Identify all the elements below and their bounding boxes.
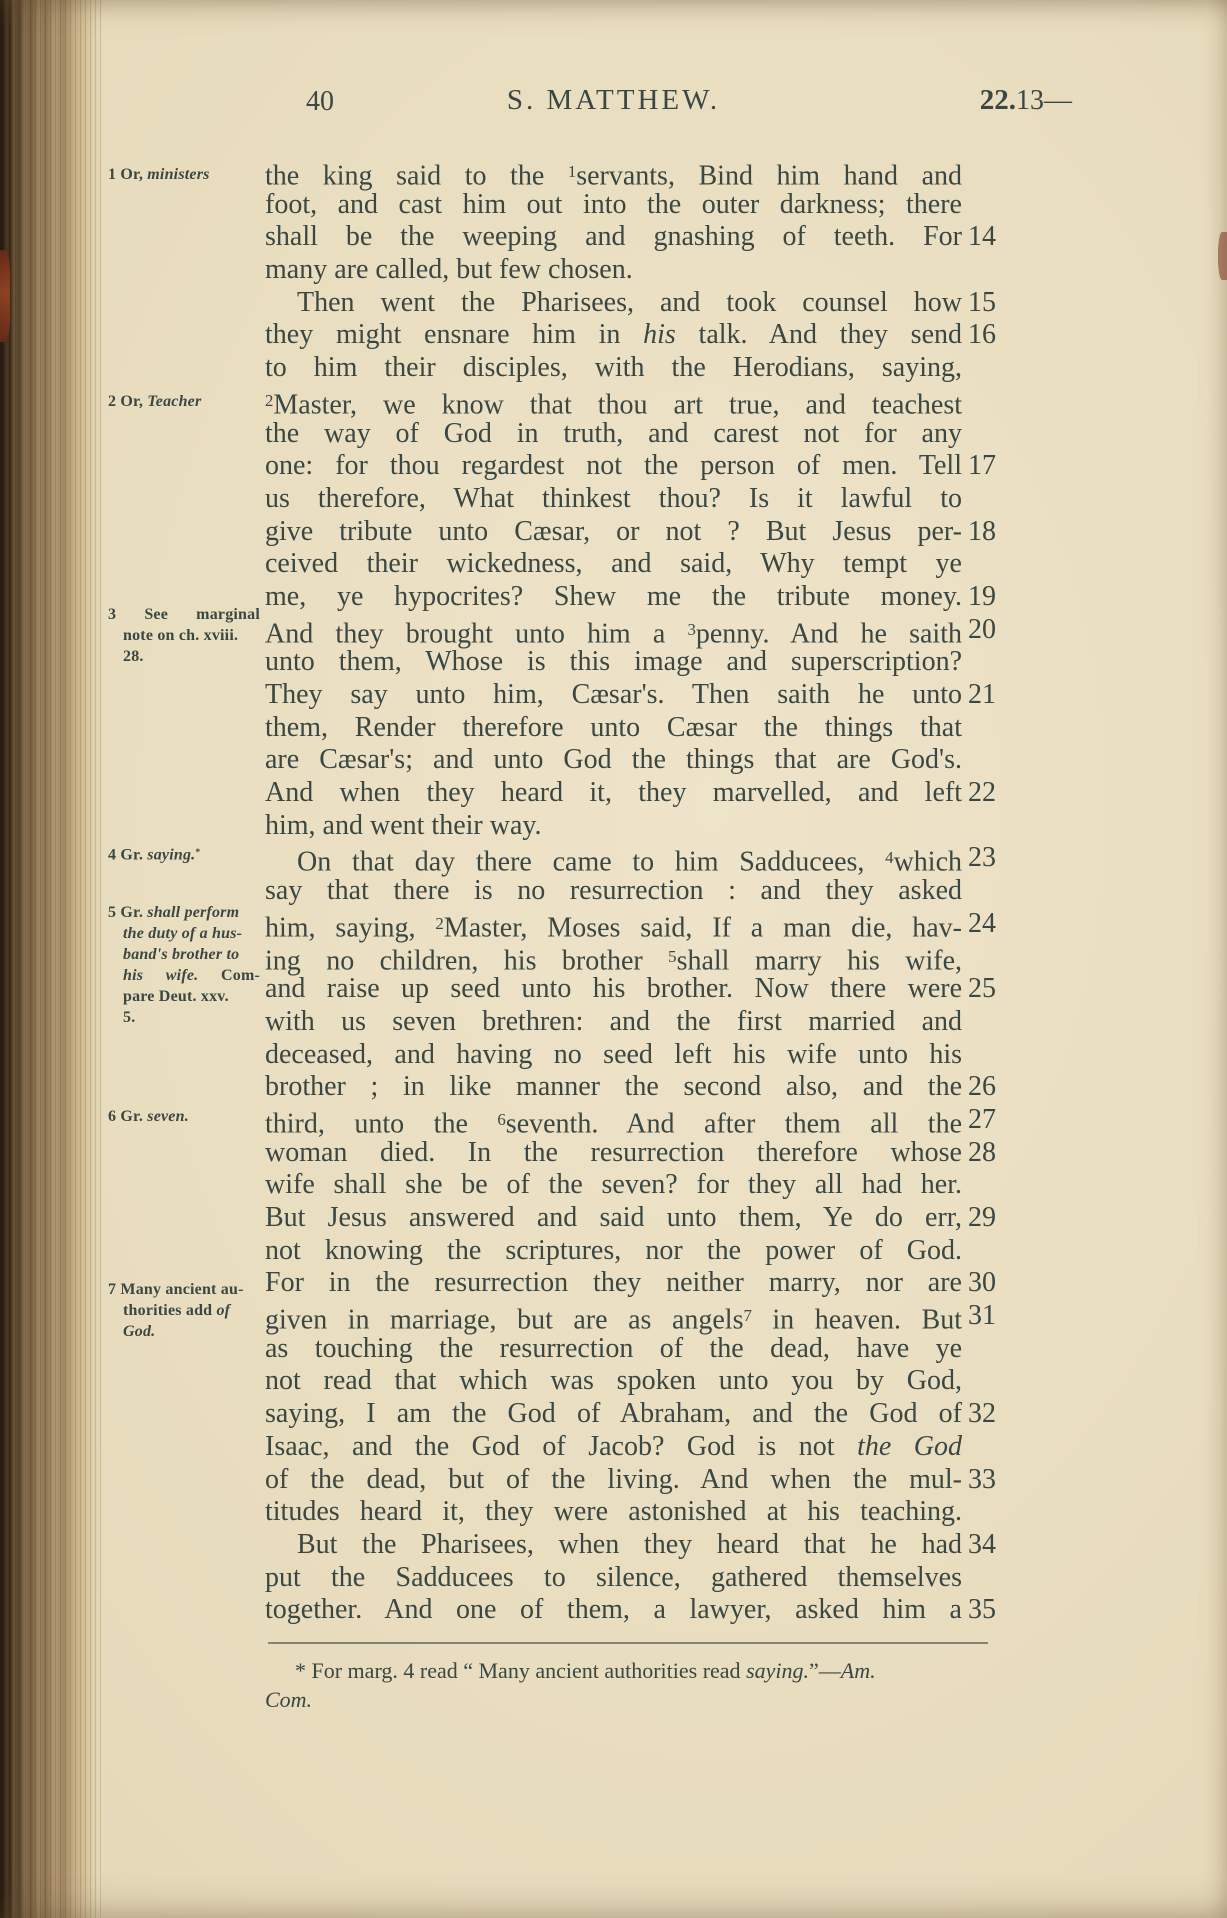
margin-note-line: 3 See marginal — [108, 604, 260, 625]
verse-number: 28 — [968, 1137, 1032, 1170]
scripture-line: and raise up seed unto his brother. Now … — [265, 973, 962, 1006]
verse-number: 17 — [968, 450, 1032, 483]
verse-number: 14 — [968, 221, 1032, 254]
scripture-line: are Cæsar's; and unto God the things tha… — [265, 744, 962, 777]
scripture-line: one: for thou regardest not the person o… — [265, 450, 962, 483]
chapter-verse-ref: 22.13— — [890, 84, 1072, 117]
verse-number: 27 — [968, 1104, 1032, 1137]
book-binding-edge — [0, 0, 102, 1918]
margin-note-6: 6 Gr. seven. — [108, 1106, 260, 1127]
scripture-line: titudes heard it, they were astonished a… — [265, 1496, 962, 1529]
verse-number: 23 — [968, 842, 1032, 875]
footnote-divider — [268, 1642, 988, 1644]
scripture-line: On that day there came to him Sadducees,… — [265, 842, 962, 875]
scripture-line: give tribute unto Cæsar, or not ? But Je… — [265, 516, 962, 549]
verse-number: 22 — [968, 777, 1032, 810]
scripture-line: foot, and cast him out into the outer da… — [265, 189, 962, 222]
verse-number: 18 — [968, 516, 1032, 549]
scripture-line: many are called, but few chosen. — [265, 254, 962, 287]
scripture-line: ing no children, his brother 5shall marr… — [265, 941, 962, 974]
chapter-number: 22. — [980, 84, 1016, 116]
margin-note-4: 4 Gr. saying.* — [108, 842, 260, 865]
scripture-line: him, and went their way. — [265, 810, 962, 843]
verse-number: 31 — [968, 1300, 1032, 1333]
scripture-line: given in marriage, but are as angels7 in… — [265, 1300, 962, 1333]
verse-number: 25 — [968, 973, 1032, 1006]
margin-note-2: 2 Or, Teacher — [108, 391, 260, 412]
scripture-line: them, Render therefore unto Cæsar the th… — [265, 712, 962, 745]
margin-note-line: 7 Many ancient au- — [108, 1279, 260, 1300]
margin-note-line: 2 Or, Teacher — [108, 391, 260, 412]
scripture-line: brother ; in like manner the second also… — [265, 1071, 962, 1104]
scripture-line: to him their disciples, with the Herodia… — [265, 352, 962, 385]
margin-note-line: 4 Gr. saying.* — [108, 842, 260, 865]
footnote-line: Com. — [265, 1685, 1007, 1714]
verse-number: 33 — [968, 1464, 1032, 1497]
book-page-scan: 40 S. MATTHEW. 22.13— 1 Or, ministers2 O… — [0, 0, 1227, 1918]
scripture-line: deceased, and having no seed left his wi… — [265, 1039, 962, 1072]
margin-note-line: note on ch. xviii. — [108, 625, 260, 646]
margin-note-1: 1 Or, ministers — [108, 164, 260, 185]
margin-note-line: pare Deut. xxv. — [108, 986, 260, 1007]
scripture-line: They say unto him, Cæsar's. Then saith h… — [265, 679, 962, 712]
margin-note-7: 7 Many ancient au-thorities add ofGod. — [108, 1279, 260, 1342]
scripture-line: us therefore, What thinkest thou? Is it … — [265, 483, 962, 516]
scripture-line: But the Pharisees, when they heard that … — [265, 1529, 962, 1562]
scripture-line: unto them, Whose is this image and super… — [265, 646, 962, 679]
scripture-line: put the Sadducees to silence, gathered t… — [265, 1562, 962, 1595]
scripture-line: saying, I am the God of Abraham, and the… — [265, 1398, 962, 1431]
verse-number: 24 — [968, 908, 1032, 941]
verse-number: 34 — [968, 1529, 1032, 1562]
margin-note-line: thorities add of — [108, 1300, 260, 1321]
scripture-line: And when they heard it, they marvelled, … — [265, 777, 962, 810]
verse-number: 30 — [968, 1267, 1032, 1300]
footnote: * For marg. 4 read “ Many ancient author… — [265, 1656, 1007, 1714]
scripture-line: not knowing the scriptures, nor the powe… — [265, 1235, 962, 1268]
scripture-line: together. And one of them, a lawyer, ask… — [265, 1594, 962, 1627]
scripture-line: the way of God in truth, and carest not … — [265, 418, 962, 451]
scripture-line: shall be the weeping and gnashing of tee… — [265, 221, 962, 254]
verse-number: 16 — [968, 319, 1032, 352]
scripture-line: Then went the Pharisees, and took counse… — [265, 287, 962, 320]
scripture-line: not read that which was spoken unto you … — [265, 1365, 962, 1398]
margin-note-line: 5 Gr. shall perform — [108, 902, 260, 923]
scripture-line: 2Master, we know that thou art true, and… — [265, 385, 962, 418]
margin-note-line: 6 Gr. seven. — [108, 1106, 260, 1127]
scripture-line: woman died. In the resurrection therefor… — [265, 1137, 962, 1170]
margin-note-line: God. — [108, 1321, 260, 1342]
scripture-line: him, saying, 2Master, Moses said, If a m… — [265, 908, 962, 941]
scripture-line: Isaac, and the God of Jacob? God is not … — [265, 1431, 962, 1464]
margin-note-line: the duty of a hus- — [108, 923, 260, 944]
verse-number: 21 — [968, 679, 1032, 712]
margin-note-3: 3 See marginalnote on ch. xviii.28. — [108, 604, 260, 667]
scripture-line: they might ensnare him in his talk. And … — [265, 319, 962, 352]
scripture-line: with us seven brethren: and the first ma… — [265, 1006, 962, 1039]
scripture-line: And they brought unto him a 3penny. And … — [265, 614, 962, 647]
margin-note-line: 1 Or, ministers — [108, 164, 260, 185]
scripture-line: third, unto the 6seventh. And after them… — [265, 1104, 962, 1137]
margin-note-line: 5. — [108, 1007, 260, 1028]
scripture-line: the king said to the 1servants, Bind him… — [265, 156, 962, 189]
binding-red-mark — [0, 250, 10, 342]
verse-number: 19 — [968, 581, 1032, 614]
footnote-line: * For marg. 4 read “ Many ancient author… — [265, 1656, 1007, 1685]
margin-note-line: 28. — [108, 646, 260, 667]
margin-note-line: band's brother to — [108, 944, 260, 965]
scripture-column: the king said to the 1servants, Bind him… — [265, 156, 962, 1627]
scripture-line: say that there is no resurrection : and … — [265, 875, 962, 908]
scripture-line: of the dead, but of the living. And when… — [265, 1464, 962, 1497]
scripture-line: as touching the resurrection of the dead… — [265, 1333, 962, 1366]
verse-number: 20 — [968, 614, 1032, 647]
verse-number: 35 — [968, 1594, 1032, 1627]
verse-number: 32 — [968, 1398, 1032, 1431]
page-edge-mark — [1218, 232, 1227, 280]
margin-note-line: his wife. Com- — [108, 965, 260, 986]
scripture-line: me, ye hypocrites? Shew me the tribute m… — [265, 581, 962, 614]
verse-ref: 13— — [1016, 85, 1072, 116]
verse-number: 29 — [968, 1202, 1032, 1235]
scripture-line: But Jesus answered and said unto them, Y… — [265, 1202, 962, 1235]
verse-number: 26 — [968, 1071, 1032, 1104]
margin-note-5: 5 Gr. shall performthe duty of a hus-ban… — [108, 902, 260, 1028]
scripture-line: ceived their wickedness, and said, Why t… — [265, 548, 962, 581]
scripture-line: For in the resurrection they neither mar… — [265, 1267, 962, 1300]
verse-number: 15 — [968, 287, 1032, 320]
running-title: S. MATTHEW. — [265, 84, 962, 117]
scripture-line: wife shall she be of the seven? for they… — [265, 1169, 962, 1202]
